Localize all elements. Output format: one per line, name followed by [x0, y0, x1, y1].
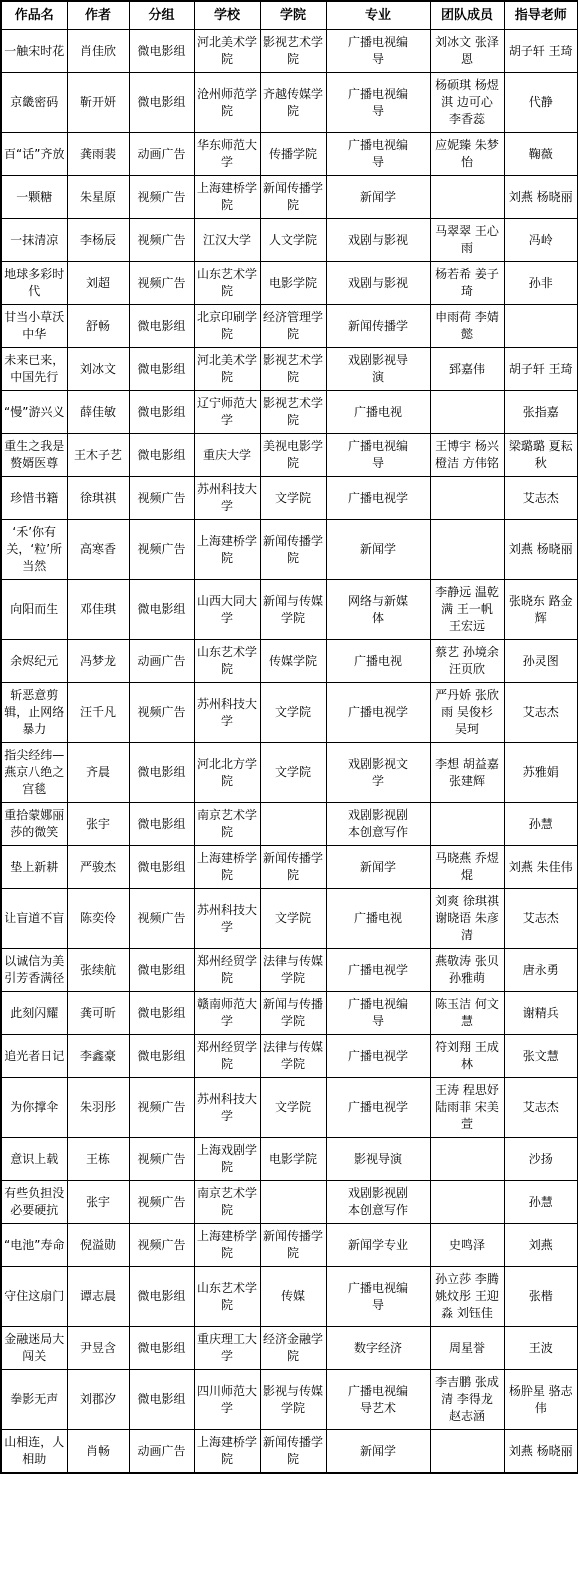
table-cell: 陈奕伶 — [67, 889, 129, 949]
table-cell-text: 戏剧与影视 — [346, 275, 410, 292]
table-cell-text: 广播电视编导 — [346, 34, 410, 68]
column-header-label: 专业 — [327, 7, 430, 24]
table-cell-text: 燕敬涛 张贝 孙雅萌 — [435, 953, 499, 987]
table-cell-text: 山西大同大学 — [195, 593, 259, 627]
column-header-1: 作者 — [67, 1, 129, 30]
table-cell-text: 张宇 — [68, 816, 129, 833]
table-cell: 文学院 — [260, 683, 326, 743]
table-cell-text: 齐晨 — [68, 764, 129, 781]
table-cell: 视频广告 — [129, 889, 194, 949]
table-row: 斩恶意剪辑，止网络暴力汪千凡视频广告苏州科技大学文学院广播电视学严丹娇 张欣雨 … — [1, 683, 578, 743]
table-cell: 为你撑伞 — [1, 1078, 67, 1138]
table-cell-text: 马晓燕 乔煜焜 — [435, 850, 499, 884]
table-cell-text: 徐琪祺 — [68, 490, 129, 507]
table-cell: 微电影组 — [129, 30, 194, 73]
table-cell: 唐永勇 — [504, 949, 578, 992]
table-cell: 上海建桥学院 — [194, 176, 260, 219]
table-cell: 拳影无声 — [1, 1370, 67, 1430]
table-cell-text: 刘郡汐 — [68, 1391, 129, 1408]
table-cell: 孙慧 — [504, 803, 578, 846]
table-cell-text: 肖畅 — [68, 1443, 129, 1460]
table-cell-text: 刘燕 杨晓丽 — [509, 1443, 573, 1460]
table-cell: 齐越传媒学院 — [260, 73, 326, 133]
table-cell-text: 传媒学院 — [261, 653, 325, 670]
table-cell-text: 张楷 — [509, 1288, 573, 1305]
table-cell-text: 微电影组 — [130, 1005, 194, 1022]
table-cell-text: 齐越传媒学院 — [261, 86, 325, 120]
table-cell: 严骏杰 — [67, 846, 129, 889]
table-cell — [430, 176, 504, 219]
table-cell: 广播电视 — [326, 889, 430, 949]
table-cell-text: 视频广告 — [130, 275, 194, 292]
table-cell: 斩恶意剪辑，止网络暴力 — [1, 683, 67, 743]
table-cell-text: 王木子艺 — [68, 447, 129, 464]
table-cell-text: 孙慧 — [509, 1194, 573, 1211]
table-cell: 张宇 — [67, 803, 129, 846]
table-cell-text: 视频广告 — [130, 910, 194, 927]
table-cell-text: 新闻与传播学院 — [261, 996, 325, 1030]
table-cell-text: 汪千凡 — [68, 704, 129, 721]
table-cell: 张楷 — [504, 1267, 578, 1327]
table-cell: 一颗糖 — [1, 176, 67, 219]
table-cell: 杨硕琪 杨煜淇 边可心 李香蕊 — [430, 73, 504, 133]
table-cell-text: 胡子轩 王琦 — [509, 43, 573, 60]
table-cell: 美视电影学院 — [260, 434, 326, 477]
table-cell-text: 传播学院 — [261, 146, 325, 163]
table-cell-text: 广播电视 — [346, 653, 410, 670]
table-cell-text: 广播电视编导艺术 — [346, 1383, 410, 1417]
table-cell: 新闻传播学院 — [260, 520, 326, 580]
table-cell: 新闻与传媒学院 — [260, 580, 326, 640]
table-row: 此刻闪耀龚可昕微电影组赣南师范大学新闻与传播学院广播电视编导陈玉洁 何文慧谢精兵 — [1, 992, 578, 1035]
table-cell-text: 视频广告 — [130, 541, 194, 558]
table-cell: 广播电视 — [326, 640, 430, 683]
table-cell-text: 刘燕 杨晓丽 — [509, 541, 573, 558]
table-cell-text: 经济管理学院 — [261, 309, 325, 343]
table-cell-text: 冯梦龙 — [68, 653, 129, 670]
table-cell-text: 张文慧 — [509, 1048, 573, 1065]
table-cell: 王栋 — [67, 1138, 129, 1181]
table-cell: 张晓东 路金辉 — [504, 580, 578, 640]
table-cell: 鞠薇 — [504, 133, 578, 176]
table-cell: 守住这扇门 — [1, 1267, 67, 1327]
table-cell-text: 刘燕 杨晓丽 — [509, 189, 573, 206]
column-header-5: 专业 — [326, 1, 430, 30]
table-cell: 戏剧影视导演 — [326, 348, 430, 391]
table-cell: 谢精兵 — [504, 992, 578, 1035]
table-cell: 新闻传播学院 — [260, 176, 326, 219]
table-cell: 刘郡汐 — [67, 1370, 129, 1430]
table-row: 珍惜书籍徐琪祺视频广告苏州科技大学文学院广播电视学艾志杰 — [1, 477, 578, 520]
table-cell-text: 苏州科技大学 — [195, 1091, 259, 1125]
table-cell-text: 向阳而生 — [2, 601, 66, 618]
table-cell-text: 意识上载 — [2, 1151, 66, 1168]
table-cell: 张宇 — [67, 1181, 129, 1224]
table-cell-text: 上海建桥学院 — [195, 1434, 259, 1468]
table-row: 京畿密码靳开妍微电影组沧州师范学院齐越传媒学院广播电视编导杨硕琪 杨煜淇 边可心… — [1, 73, 578, 133]
table-cell-text: 谢精兵 — [509, 1005, 573, 1022]
table-cell: 广播电视编导 — [326, 434, 430, 477]
table-cell: 一抹清凉 — [1, 219, 67, 262]
table-cell-text: 山东艺术学院 — [195, 644, 259, 678]
table-cell-text: “电池”寿命 — [2, 1237, 66, 1254]
table-cell: 河北美术学院 — [194, 348, 260, 391]
table-cell: 新闻学 — [326, 1430, 430, 1474]
table-row: 未来已来，中国先行刘冰文微电影组河北美术学院影视艺术学院戏剧影视导演郅嘉伟胡子轩… — [1, 348, 578, 391]
table-cell-text: 郑州经贸学院 — [195, 953, 259, 987]
table-cell-text: 朱羽彤 — [68, 1099, 129, 1116]
table-cell: 地球多彩时代 — [1, 262, 67, 305]
table-cell: 微电影组 — [129, 580, 194, 640]
table-cell-text: 微电影组 — [130, 94, 194, 111]
table-cell-text: 珍惜书籍 — [2, 490, 66, 507]
table-cell: 蔡艺 孙境余 汪页欣 — [430, 640, 504, 683]
table-cell: 苏州科技大学 — [194, 889, 260, 949]
table-cell: 重庆大学 — [194, 434, 260, 477]
table-row: 一抹清凉李杨辰视频广告江汉大学人文学院戏剧与影视马翠翠 王心雨冯岭 — [1, 219, 578, 262]
table-cell-text: 刘超 — [68, 275, 129, 292]
table-cell-text: 河北北方学院 — [195, 756, 259, 790]
table-cell-text: 北京印刷学院 — [195, 309, 259, 343]
table-cell: 李吉鹏 张成清 李得龙 赵志涵 — [430, 1370, 504, 1430]
table-cell-text: 电影学院 — [261, 1151, 325, 1168]
table-cell: 金融迷局大闯关 — [1, 1327, 67, 1370]
table-cell-text: 唐永勇 — [509, 962, 573, 979]
table-cell: 视频广告 — [129, 683, 194, 743]
table-cell-text: 倪溢勋 — [68, 1237, 129, 1254]
table-cell: 京畿密码 — [1, 73, 67, 133]
table-row: 一触宋时花肖佳欣微电影组河北美术学院影视艺术学院广播电视编导刘冰文 张泽恩胡子轩… — [1, 30, 578, 73]
table-cell — [430, 1181, 504, 1224]
column-header-label: 作品名 — [2, 7, 67, 24]
table-cell-text: ‘禾’你有关，‘粒’所当然 — [2, 524, 66, 575]
table-cell: 刘冰文 张泽恩 — [430, 30, 504, 73]
table-cell — [430, 1430, 504, 1474]
column-header-4: 学院 — [260, 1, 326, 30]
table-cell: 王涛 程思妤 陆雨菲 宋美萱 — [430, 1078, 504, 1138]
table-cell: 广播电视学 — [326, 1035, 430, 1078]
table-cell-text: 广播电视学 — [346, 490, 410, 507]
table-row: 重生之我是赘婿医尊王木子艺微电影组重庆大学美视电影学院广播电视编导王博宇 杨兴橙… — [1, 434, 578, 477]
table-cell-text: 新闻学 — [346, 189, 410, 206]
table-cell-text: “慢”游兴义 — [2, 404, 66, 421]
table-cell-text: 陈奕伶 — [68, 910, 129, 927]
table-body: 一触宋时花肖佳欣微电影组河北美术学院影视艺术学院广播电视编导刘冰文 张泽恩胡子轩… — [1, 30, 578, 1474]
table-cell-text: 河北美术学院 — [195, 34, 259, 68]
table-cell: 靳开妍 — [67, 73, 129, 133]
table-cell-text: 符刘翔 王成林 — [435, 1039, 499, 1073]
table-cell: 新闻与传播学院 — [260, 992, 326, 1035]
table-cell: 视频广告 — [129, 262, 194, 305]
table-cell: 李杨辰 — [67, 219, 129, 262]
table-cell-text: 江汉大学 — [195, 232, 259, 249]
table-row: 百“话”齐放龚雨裴动画广告华东师范大学传播学院广播电视编导应妮臻 朱梦怡鞠薇 — [1, 133, 578, 176]
table-cell: 新闻传播学 — [326, 305, 430, 348]
table-cell-text: 史鸣泽 — [435, 1237, 499, 1254]
table-cell-text: 京畿密码 — [2, 94, 66, 111]
table-cell-text: 文学院 — [261, 490, 325, 507]
table-row: 守住这扇门谭志晨微电影组山东艺术学院传媒广播电视编导孙立莎 李腾 姚炆彤 王迎淼… — [1, 1267, 578, 1327]
table-cell-text: 微电影组 — [130, 962, 194, 979]
table-cell-text: 广播电视编导 — [346, 996, 410, 1030]
table-cell: 视频广告 — [129, 1224, 194, 1267]
table-cell-text: 苏州科技大学 — [195, 902, 259, 936]
table-cell-text: 新闻学专业 — [346, 1237, 410, 1254]
table-cell-text: 戏剧影视剧本创意写作 — [346, 807, 410, 841]
table-cell-text: 张指嘉 — [509, 404, 573, 421]
table-cell-text: 孙立莎 李腾 姚炆彤 王迎淼 刘钰佳 — [435, 1271, 499, 1322]
table-cell — [504, 305, 578, 348]
table-row: 垫上新耕严骏杰微电影组上海建桥学院新闻传播学院新闻学马晓燕 乔煜焜刘燕 朱佳伟 — [1, 846, 578, 889]
table-cell-text: 孙非 — [509, 275, 573, 292]
table-cell: 刘燕 杨晓丽 — [504, 520, 578, 580]
table-cell-text: 李想 胡益嘉 张建辉 — [435, 756, 499, 790]
table-cell-text: 沧州师范学院 — [195, 86, 259, 120]
table-cell: 周星誉 — [430, 1327, 504, 1370]
table-row: 追光者日记李鑫豪微电影组郑州经贸学院法律与传媒学院广播电视学符刘翔 王成林张文慧 — [1, 1035, 578, 1078]
table-cell-text: 刘燕 朱佳伟 — [509, 859, 573, 876]
table-cell: 数字经济 — [326, 1327, 430, 1370]
table-cell-text: 张宇 — [68, 1194, 129, 1211]
table-cell: 沧州师范学院 — [194, 73, 260, 133]
table-cell-text: 重拾蒙娜丽莎的微笑 — [2, 807, 66, 841]
table-cell-text: 邓佳琪 — [68, 601, 129, 618]
table-cell: 张文慧 — [504, 1035, 578, 1078]
table-cell: 影视艺术学院 — [260, 391, 326, 434]
table-cell: 戏剧与影视 — [326, 262, 430, 305]
table-cell-text: 广播电视 — [346, 910, 410, 927]
table-cell-text: 新闻传播学 — [346, 318, 410, 335]
table-cell-text: 微电影组 — [130, 1340, 194, 1357]
table-cell-text: 杨硕琪 杨煜淇 边可心 李香蕊 — [435, 77, 499, 128]
table-cell-text: 动画广告 — [130, 653, 194, 670]
table-cell-text: 新闻学 — [346, 541, 410, 558]
table-cell: 张续航 — [67, 949, 129, 992]
table-cell: 苏州科技大学 — [194, 1078, 260, 1138]
table-row: 向阳而生邓佳琪微电影组山西大同大学新闻与传媒学院网络与新媒体李静远 温乾满 王一… — [1, 580, 578, 640]
table-cell-text: 影视与传媒学院 — [261, 1383, 325, 1417]
table-cell — [430, 1138, 504, 1181]
table-cell: 影视导演 — [326, 1138, 430, 1181]
table-cell: 重拾蒙娜丽莎的微笑 — [1, 803, 67, 846]
column-header-label: 作者 — [68, 7, 129, 24]
table-cell-text: 微电影组 — [130, 318, 194, 335]
table-cell: 文学院 — [260, 1078, 326, 1138]
table-cell-text: 广播电视学 — [346, 1048, 410, 1065]
table-cell: 梁璐璐 夏耘秋 — [504, 434, 578, 477]
table-cell: 动画广告 — [129, 640, 194, 683]
table-cell: 经济金融学院 — [260, 1327, 326, 1370]
table-cell-text: 微电影组 — [130, 447, 194, 464]
table-cell-text: 新闻传播学院 — [261, 180, 325, 214]
table-cell: 华东师范大学 — [194, 133, 260, 176]
table-cell: 李想 胡益嘉 张建辉 — [430, 743, 504, 803]
table-cell-text: 山东艺术学院 — [195, 1280, 259, 1314]
table-row: “慢”游兴义薛佳敏微电影组辽宁师范大学影视艺术学院广播电视张指嘉 — [1, 391, 578, 434]
table-cell: 视频广告 — [129, 219, 194, 262]
table-cell: 广播电视编导 — [326, 133, 430, 176]
table-cell-text: 动画广告 — [130, 1443, 194, 1460]
table-cell-text: 严丹娇 张欣雨 吴俊杉 吴珂 — [435, 687, 499, 738]
table-cell: 影视艺术学院 — [260, 348, 326, 391]
table-cell: 网络与新媒体 — [326, 580, 430, 640]
table-cell: 刘燕 朱佳伟 — [504, 846, 578, 889]
table-cell: 新闻学 — [326, 846, 430, 889]
column-header-7: 指导老师 — [504, 1, 578, 30]
table-cell: 南京艺术学院 — [194, 803, 260, 846]
table-cell-text: 动画广告 — [130, 146, 194, 163]
table-cell: 徐琪祺 — [67, 477, 129, 520]
table-cell: 孙立莎 李腾 姚炆彤 王迎淼 刘钰佳 — [430, 1267, 504, 1327]
table-cell: 郑州经贸学院 — [194, 949, 260, 992]
table-cell-text: 广播电视 — [346, 404, 410, 421]
table-cell-text: 戏剧影视文学 — [346, 756, 410, 790]
table-cell: 广播电视学 — [326, 1078, 430, 1138]
table-cell: 龚可昕 — [67, 992, 129, 1035]
table-cell-text: 广播电视编导 — [346, 86, 410, 120]
table-cell-text: 地球多彩时代 — [2, 266, 66, 300]
table-row: 为你撑伞朱羽彤视频广告苏州科技大学文学院广播电视学王涛 程思妤 陆雨菲 宋美萱艾… — [1, 1078, 578, 1138]
table-cell: 符刘翔 王成林 — [430, 1035, 504, 1078]
table-cell-text: 苏州科技大学 — [195, 481, 259, 515]
table-cell: 代静 — [504, 73, 578, 133]
table-cell-text: 杨肸星 骆志伟 — [509, 1383, 573, 1417]
table-cell: 传播学院 — [260, 133, 326, 176]
table-cell-text: 让盲道不盲 — [2, 910, 66, 927]
table-cell-text: 新闻传播学院 — [261, 533, 325, 567]
table-cell — [260, 1181, 326, 1224]
table-cell: 上海建桥学院 — [194, 520, 260, 580]
table-cell: 垫上新耕 — [1, 846, 67, 889]
table-cell: 广播电视编导艺术 — [326, 1370, 430, 1430]
table-cell-text: 杨若希 姜子琦 — [435, 266, 499, 300]
table-cell: 汪千凡 — [67, 683, 129, 743]
table-cell-text: 应妮臻 朱梦怡 — [435, 137, 499, 171]
table-cell: 广播电视编导 — [326, 992, 430, 1035]
table-cell: 意识上载 — [1, 1138, 67, 1181]
table-cell-text: 李静远 温乾满 王一帆 王宏远 — [435, 584, 499, 635]
table-cell: 肖佳欣 — [67, 30, 129, 73]
table-cell: 胡子轩 王琦 — [504, 30, 578, 73]
table-cell: 人文学院 — [260, 219, 326, 262]
table-cell-text: 张晓东 路金辉 — [509, 593, 573, 627]
table-cell-text: 代静 — [509, 94, 573, 111]
table-row: 甘当小草沃中华舒畅微电影组北京印刷学院经济管理学院新闻传播学申雨荷 李婧懿 — [1, 305, 578, 348]
table-cell: 李鑫豪 — [67, 1035, 129, 1078]
table-cell-text: 重庆大学 — [195, 447, 259, 464]
table-cell-text: 刘冰文 张泽恩 — [435, 34, 499, 68]
table-cell: 微电影组 — [129, 803, 194, 846]
table-cell: 王博宇 杨兴橙洁 方伟铭 — [430, 434, 504, 477]
table-row: 让盲道不盲陈奕伶视频广告苏州科技大学文学院广播电视刘爽 徐琪祺 谢晓语 朱彦清艾… — [1, 889, 578, 949]
table-cell: 河北北方学院 — [194, 743, 260, 803]
table-cell-text: 重生之我是赘婿医尊 — [2, 438, 66, 472]
table-cell-text: 视频广告 — [130, 490, 194, 507]
table-cell: 视频广告 — [129, 477, 194, 520]
table-cell: 艾志杰 — [504, 683, 578, 743]
table-cell-text: 华东师范大学 — [195, 137, 259, 171]
table-cell: 辽宁师范大学 — [194, 391, 260, 434]
table-cell-text: 一颗糖 — [2, 189, 66, 206]
table-cell: 新闻传播学院 — [260, 1224, 326, 1267]
table-row: 以诚信为美引芳香满径张续航微电影组郑州经贸学院法律与传媒学院广播电视学燕敬涛 张… — [1, 949, 578, 992]
table-cell-text: 胡子轩 王琦 — [509, 361, 573, 378]
table-cell: 影视与传媒学院 — [260, 1370, 326, 1430]
table-cell-text: 视频广告 — [130, 189, 194, 206]
table-cell: 薛佳敏 — [67, 391, 129, 434]
table-cell-text: 甘当小草沃中华 — [2, 309, 66, 343]
table-cell-text: 新闻传播学院 — [261, 850, 325, 884]
table-cell: 刘燕 — [504, 1224, 578, 1267]
table-cell: 冯梦龙 — [67, 640, 129, 683]
table-cell: 微电影组 — [129, 1327, 194, 1370]
table-cell-text: 艾志杰 — [509, 490, 573, 507]
table-cell-text: 冯岭 — [509, 232, 573, 249]
table-cell-text: 刘燕 — [509, 1237, 573, 1254]
table-cell-text: 指尖经纬—燕京八绝之宫毯 — [2, 747, 66, 798]
table-cell-text: 刘爽 徐琪祺 谢晓语 朱彦清 — [435, 893, 499, 944]
table-cell-text: 上海戏剧学院 — [195, 1142, 259, 1176]
table-cell: 朱羽彤 — [67, 1078, 129, 1138]
table-cell-text: 李杨辰 — [68, 232, 129, 249]
table-cell-text: 新闻与传媒学院 — [261, 593, 325, 627]
table-cell-text: 上海建桥学院 — [195, 533, 259, 567]
table-cell: 新闻传播学院 — [260, 1430, 326, 1474]
table-cell-text: 微电影组 — [130, 859, 194, 876]
table-cell: 山西大同大学 — [194, 580, 260, 640]
table-cell: 戏剧与影视 — [326, 219, 430, 262]
table-cell: “慢”游兴义 — [1, 391, 67, 434]
table-cell-text: 郑州经贸学院 — [195, 1039, 259, 1073]
table-row: 指尖经纬—燕京八绝之宫毯齐晨微电影组河北北方学院文学院戏剧影视文学李想 胡益嘉 … — [1, 743, 578, 803]
table-cell-text: 王博宇 杨兴橙洁 方伟铭 — [435, 438, 499, 472]
table-cell-text: 一抹清凉 — [2, 232, 66, 249]
table-cell-text: 王栋 — [68, 1151, 129, 1168]
table-cell-text: 上海建桥学院 — [195, 1228, 259, 1262]
table-cell: 视频广告 — [129, 1181, 194, 1224]
table-cell-text: 周星誉 — [435, 1340, 499, 1357]
table-row: 金融迷局大闯关尹昱含微电影组重庆理工大学经济金融学院数字经济周星誉王波 — [1, 1327, 578, 1370]
table-cell: 四川师范大学 — [194, 1370, 260, 1430]
table-cell-text: 金融迷局大闯关 — [2, 1331, 66, 1365]
table-cell — [430, 477, 504, 520]
table-cell-text: 视频广告 — [130, 704, 194, 721]
table-cell-text: 未来已来，中国先行 — [2, 352, 66, 386]
table-cell: 微电影组 — [129, 305, 194, 348]
table-cell: 微电影组 — [129, 391, 194, 434]
table-row: “电池”寿命倪溢勋视频广告上海建桥学院新闻传播学院新闻学专业史鸣泽刘燕 — [1, 1224, 578, 1267]
table-cell: 艾志杰 — [504, 1078, 578, 1138]
table-cell: 视频广告 — [129, 520, 194, 580]
table-row: 重拾蒙娜丽莎的微笑张宇微电影组南京艺术学院戏剧影视剧本创意写作孙慧 — [1, 803, 578, 846]
table-cell: 文学院 — [260, 889, 326, 949]
table-cell: 传媒学院 — [260, 640, 326, 683]
table-cell-text: 影视艺术学院 — [261, 352, 325, 386]
table-cell-text: 斩恶意剪辑，止网络暴力 — [2, 687, 66, 738]
table-cell: 新闻学 — [326, 176, 430, 219]
table-cell-text: 微电影组 — [130, 1391, 194, 1408]
table-cell-text: 艾志杰 — [509, 910, 573, 927]
table-cell-text: 辽宁师范大学 — [195, 395, 259, 429]
table-cell-text: 此刻闪耀 — [2, 1005, 66, 1022]
table-cell: 文学院 — [260, 477, 326, 520]
table-cell-text: 孙灵图 — [509, 653, 573, 670]
table-cell: 有些负担没必要硬抗 — [1, 1181, 67, 1224]
table-cell: 广播电视编导 — [326, 73, 430, 133]
table-cell: 山东艺术学院 — [194, 640, 260, 683]
table-cell-text: 垫上新耕 — [2, 859, 66, 876]
table-cell: 马翠翠 王心雨 — [430, 219, 504, 262]
